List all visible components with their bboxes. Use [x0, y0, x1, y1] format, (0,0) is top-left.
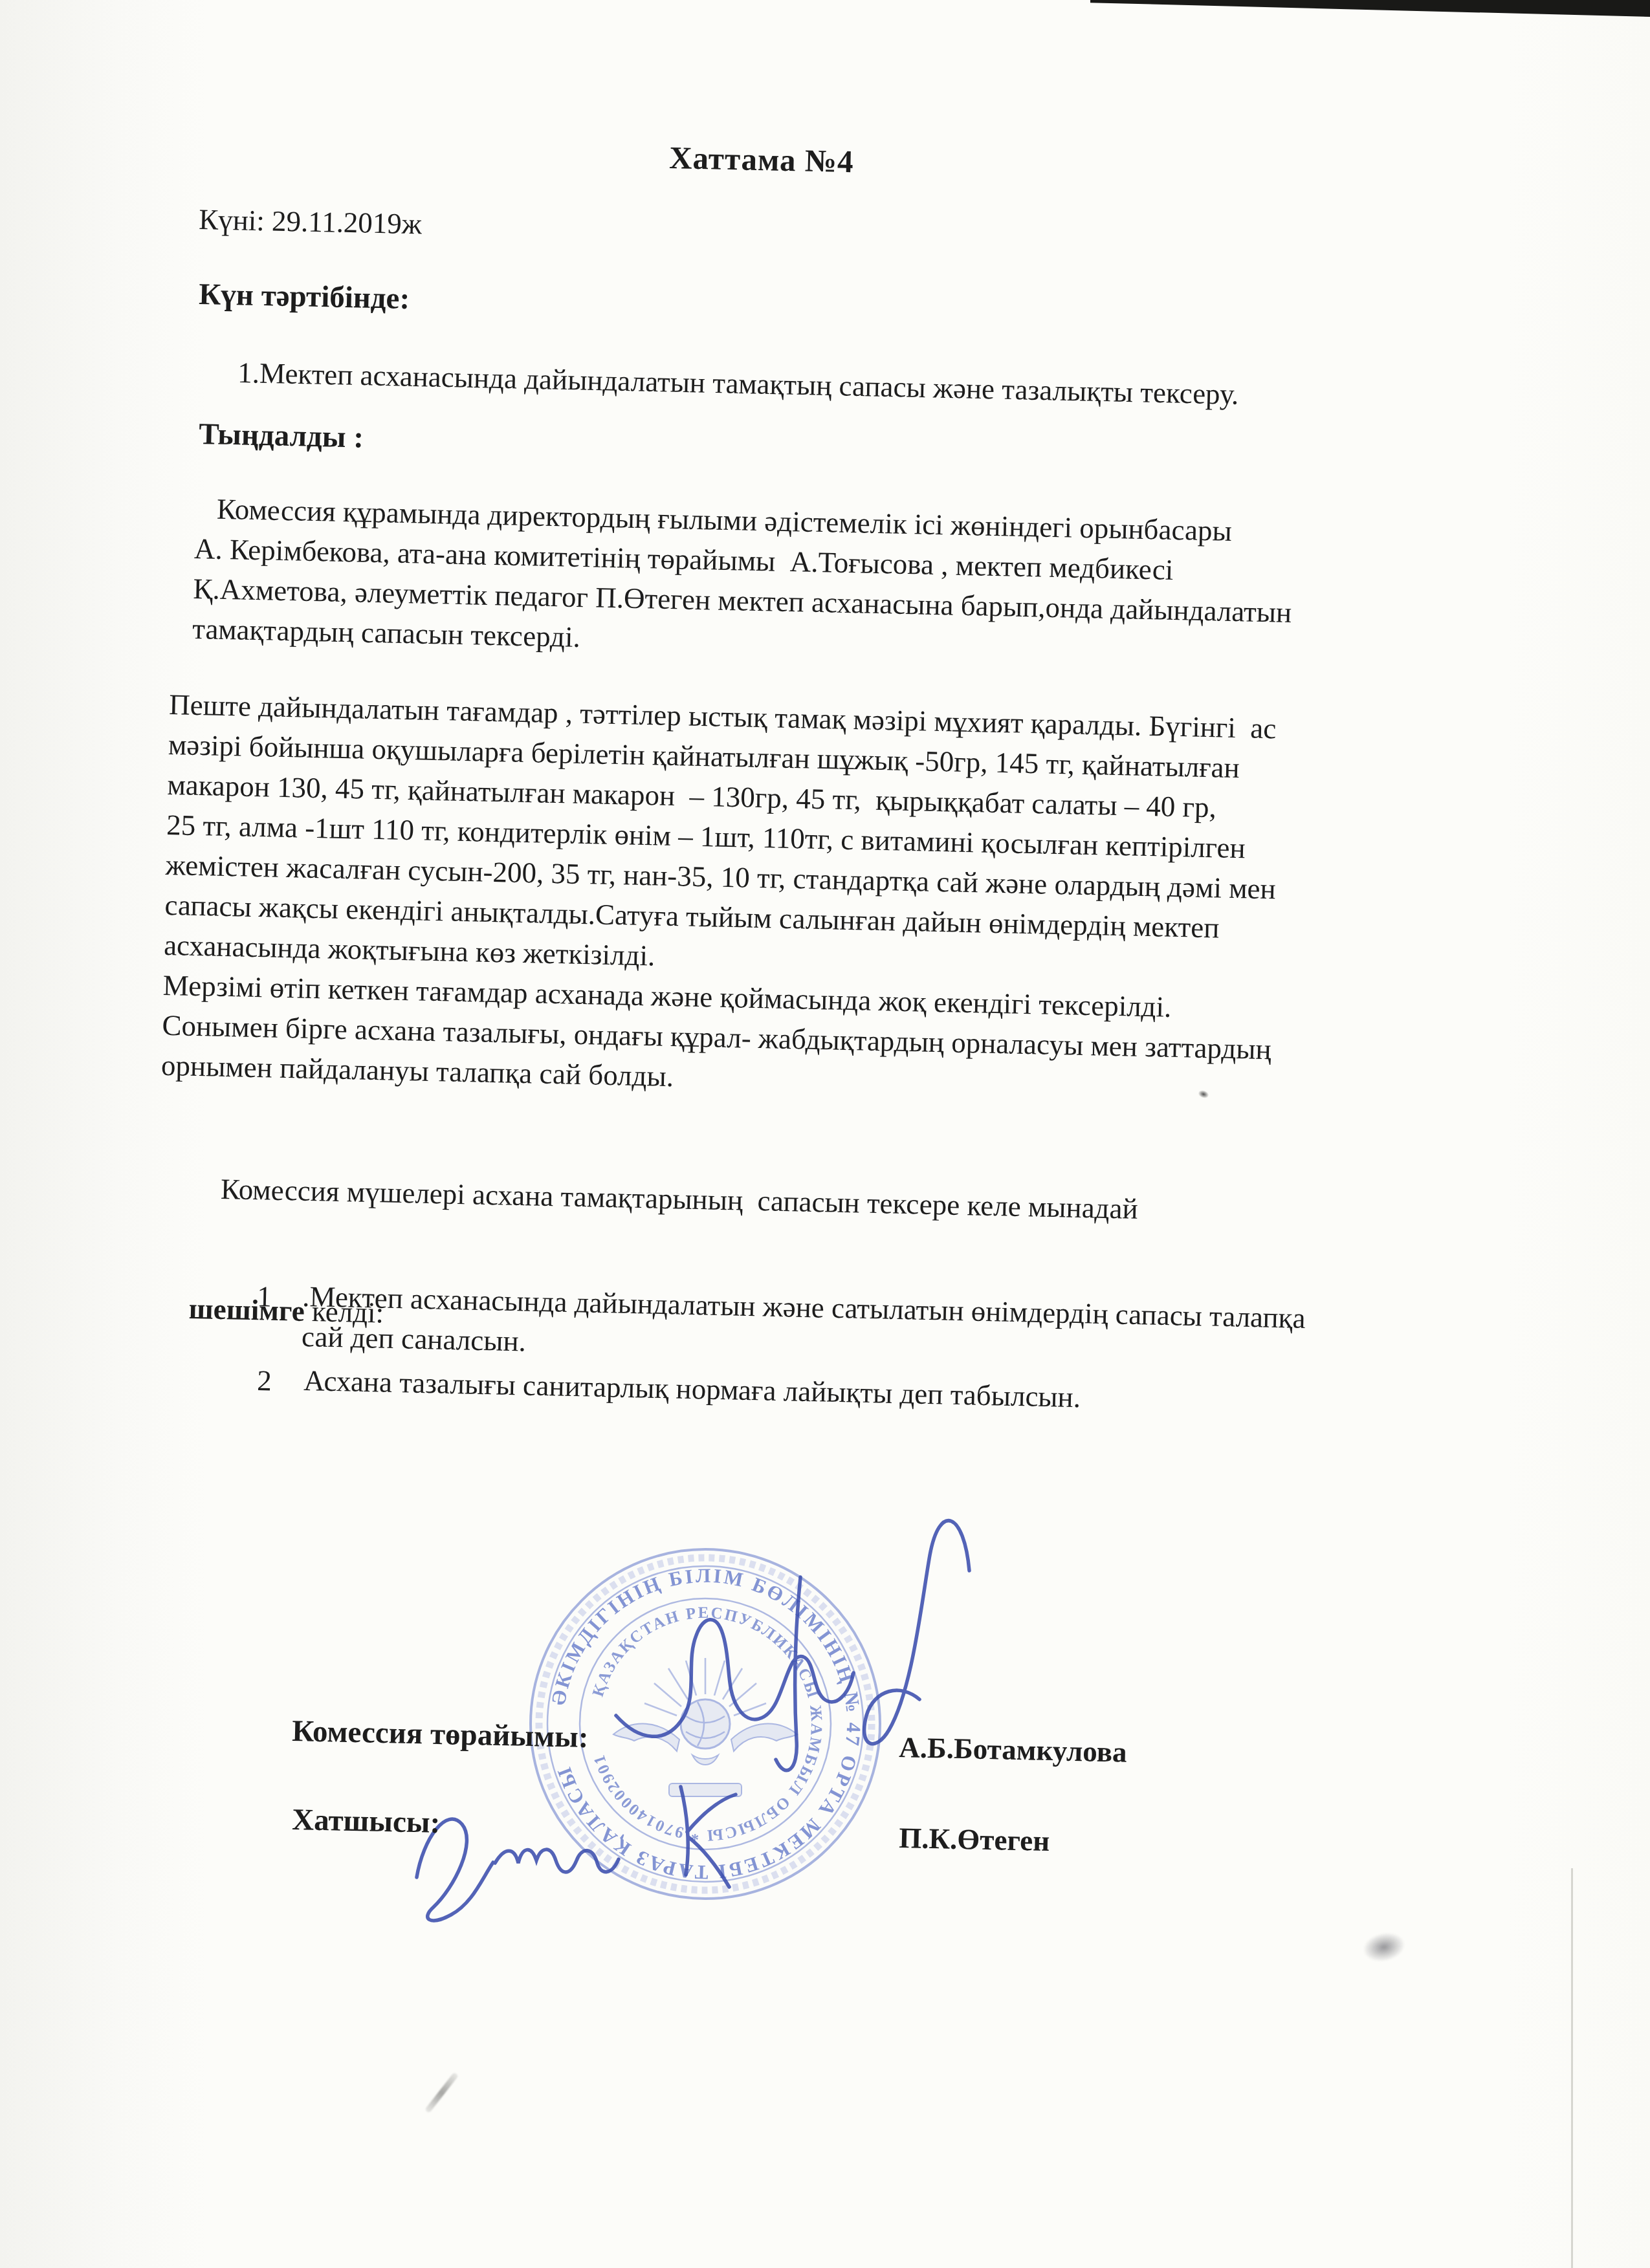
signatures-overlay — [382, 1449, 1016, 1941]
decision-1-number: 1 — [257, 1276, 272, 1316]
paper-crease-line — [1571, 1868, 1573, 2268]
agenda-heading: Күн тәртібінде: — [199, 274, 410, 319]
agenda-item: 1.Мектеп асханасында дайындалатын тамақт… — [237, 353, 1239, 415]
signature-name-chairman: А.Б.Ботамкулова — [899, 1727, 1128, 1772]
signature-name-secretary: П.К.Өтеген — [899, 1818, 1050, 1861]
scanned-protocol-page: Хаттама №4 Күні: 29.11.2019ж Күн тәртібі… — [0, 0, 1650, 2268]
commission-paragraph: Комессия құрамында директордың ғылыми әд… — [192, 488, 1354, 674]
graphite-smudge — [1360, 1929, 1408, 1966]
decision-2-number: 2 — [257, 1360, 272, 1401]
heard-heading: Тыңдалды : — [199, 414, 364, 458]
date-line: Күні: 29.11.2019ж — [199, 199, 423, 245]
decision-intro-line: Комессия мүшелері асхана тамақтарының са… — [191, 1172, 1138, 1225]
pencil-mark — [424, 2072, 459, 2113]
decision-bold-word: шешімге — [188, 1292, 305, 1327]
signature-role-secretary: Хатшысы: — [292, 1800, 441, 1843]
scanner-edge-strip — [1090, 0, 1650, 17]
doc-title: Хаттама №4 — [669, 138, 855, 182]
inspection-paragraph: Пеште дайындалатын тағамдар , тәттілер ы… — [160, 684, 1366, 1111]
signature-role-chairman: Комессия төрайымы: — [292, 1711, 589, 1758]
secretary-signature-stroke — [417, 1787, 736, 1921]
